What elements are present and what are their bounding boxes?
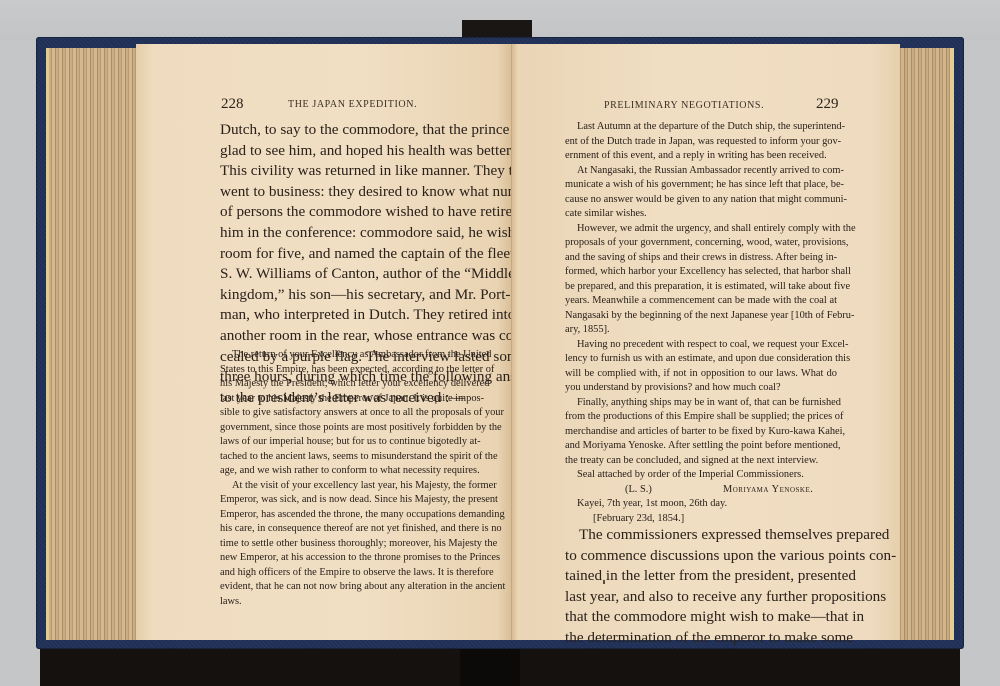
text-line: last year to his Majesty the Emperor of … bbox=[220, 392, 480, 407]
text-line: Emperor, was sick, and is now dead. Sinc… bbox=[220, 493, 480, 508]
right-page: PRELIMINARY NEGOTIATIONS. 229 Last Autum… bbox=[512, 44, 900, 640]
text-line: Last Autumn at the departure of the Dutc… bbox=[565, 120, 837, 135]
running-head: PRELIMINARY NEGOTIATIONS. bbox=[604, 100, 764, 111]
seal-attestation: Seal attached by order of the Imperial C… bbox=[565, 468, 837, 483]
text-line: another room in the rear, whose entrance… bbox=[220, 326, 480, 347]
text-line: cate similar wishes. bbox=[565, 207, 837, 222]
text-line: ent of the Dutch trade in Japan, was req… bbox=[565, 135, 837, 150]
text-line: laws. bbox=[220, 595, 480, 610]
text-line: him in the conference: commodore said, h… bbox=[220, 223, 480, 244]
text-line: his Majesty the President; which letter … bbox=[220, 377, 480, 392]
text-line: The return of your Excellency as Ambassa… bbox=[220, 348, 480, 363]
text-line: tained in the letter from the president,… bbox=[565, 566, 837, 587]
text-line: the determination of the emperor to make… bbox=[565, 628, 837, 649]
text-line: from the productions of this Empire shal… bbox=[565, 410, 837, 425]
text-line: the treaty can be concluded, and signed … bbox=[565, 454, 837, 469]
text-line: ernment of this event, and a reply in wr… bbox=[565, 149, 837, 164]
seal-mark: (L. S.) bbox=[625, 483, 652, 498]
text-line: The commissioners expressed themselves p… bbox=[565, 525, 837, 546]
text-line: evident, that he can not now bring about… bbox=[220, 580, 480, 595]
text-line: Nangasaki by the beginning of the next J… bbox=[565, 309, 837, 324]
text-line: that the commodore might wish to make—th… bbox=[565, 607, 837, 628]
text-line: his care, in consequence thereof are not… bbox=[220, 522, 480, 537]
date-western: [February 23d, 1854.] bbox=[565, 512, 837, 527]
text-line: room for five, and named the captain of … bbox=[220, 244, 480, 265]
text-line: Having no precedent with respect to coal… bbox=[565, 338, 837, 353]
page-edges-right bbox=[898, 48, 954, 640]
text-line: At the visit of your excellency last yea… bbox=[220, 479, 480, 494]
date-japanese: Kayei, 7th year, 1st moon, 26th day. bbox=[565, 497, 837, 512]
text-line: and the saving of ships and their crews … bbox=[565, 251, 837, 266]
text-line: cause no answer would be given to any na… bbox=[565, 193, 837, 208]
text-line: Finally, anything ships may be in want o… bbox=[565, 396, 837, 411]
letter-text: Last Autumn at the departure of the Dutc… bbox=[565, 120, 837, 526]
page-number: 229 bbox=[816, 96, 839, 113]
text-line: government, since those points are most … bbox=[220, 421, 480, 436]
narrative-text: The commissioners expressed themselves p… bbox=[565, 525, 837, 649]
text-line: glad to see him, and hoped his health wa… bbox=[220, 141, 480, 162]
text-line: tached to the ancient laws, seems to mis… bbox=[220, 450, 480, 465]
text-line: and Moriyama Yenoske. After settling the… bbox=[565, 439, 837, 454]
text-line: man, who interpreted in Dutch. They reti… bbox=[220, 305, 480, 326]
text-line: be prepared, and this preparation, it is… bbox=[565, 280, 837, 295]
text-line: S. W. Williams of Canton, author of the … bbox=[220, 264, 480, 285]
page-edges-left bbox=[46, 48, 145, 640]
text-line: and high officers of the Empire to obser… bbox=[220, 566, 480, 581]
text-line: States to this Empire, has been expected… bbox=[220, 363, 480, 378]
text-line: age, and we wish rather to conform to wh… bbox=[220, 464, 480, 479]
text-line: went to business: they desired to know w… bbox=[220, 182, 480, 203]
signatory: Moriyama Yenoske. bbox=[723, 483, 813, 498]
text-line: lency to furnish us with an estimate, an… bbox=[565, 352, 837, 367]
text-line: This civility was returned in like manne… bbox=[220, 161, 480, 182]
text-line: merchandise and articles of barter to be… bbox=[565, 425, 837, 440]
text-line: formed, which harbor your Excellency has… bbox=[565, 265, 837, 280]
text-line: of persons the commodore wished to have … bbox=[220, 202, 480, 223]
left-page: 228 THE JAPAN EXPEDITION. Dutch, to say … bbox=[136, 44, 512, 640]
text-line: new Emperor, at his accession to the thr… bbox=[220, 551, 480, 566]
text-line: time to settle other business thoroughly… bbox=[220, 537, 480, 552]
text-line: Dutch, to say to the commodore, that the… bbox=[220, 120, 480, 141]
text-line: kingdom,” his son—his secretary, and Mr.… bbox=[220, 285, 480, 306]
letter-text: The return of your Excellency as Ambassa… bbox=[220, 348, 480, 609]
text-line: sible to give satisfactory answers at on… bbox=[220, 406, 480, 421]
text-line: proposals of your government, concerning… bbox=[565, 236, 837, 251]
signature-line: (L. S.) Moriyama Yenoske. bbox=[565, 483, 837, 498]
text-line: However, we admit the urgency, and shall… bbox=[565, 222, 837, 237]
text-line: last year, and also to receive any furth… bbox=[565, 587, 837, 608]
text-line: years. Meanwhile a commencement can be m… bbox=[565, 294, 837, 309]
text-line: laws of our imperial house; but for us t… bbox=[220, 435, 480, 450]
text-line: Emperor, has ascended the throne, the ma… bbox=[220, 508, 480, 523]
running-head: THE JAPAN EXPEDITION. bbox=[288, 99, 417, 110]
text-line: you understand by provisions? and how mu… bbox=[565, 381, 837, 396]
text-line: to commence discussions upon the various… bbox=[565, 546, 837, 567]
text-line: municate a wish of his government; he ha… bbox=[565, 178, 837, 193]
text-line: At Nangasaki, the Russian Ambassador rec… bbox=[565, 164, 837, 179]
page-number: 228 bbox=[221, 96, 244, 113]
text-line: will be complied with, if not in opposit… bbox=[565, 367, 837, 382]
signature-mark bbox=[603, 580, 605, 584]
text-line: ary, 1855]. bbox=[565, 323, 837, 338]
